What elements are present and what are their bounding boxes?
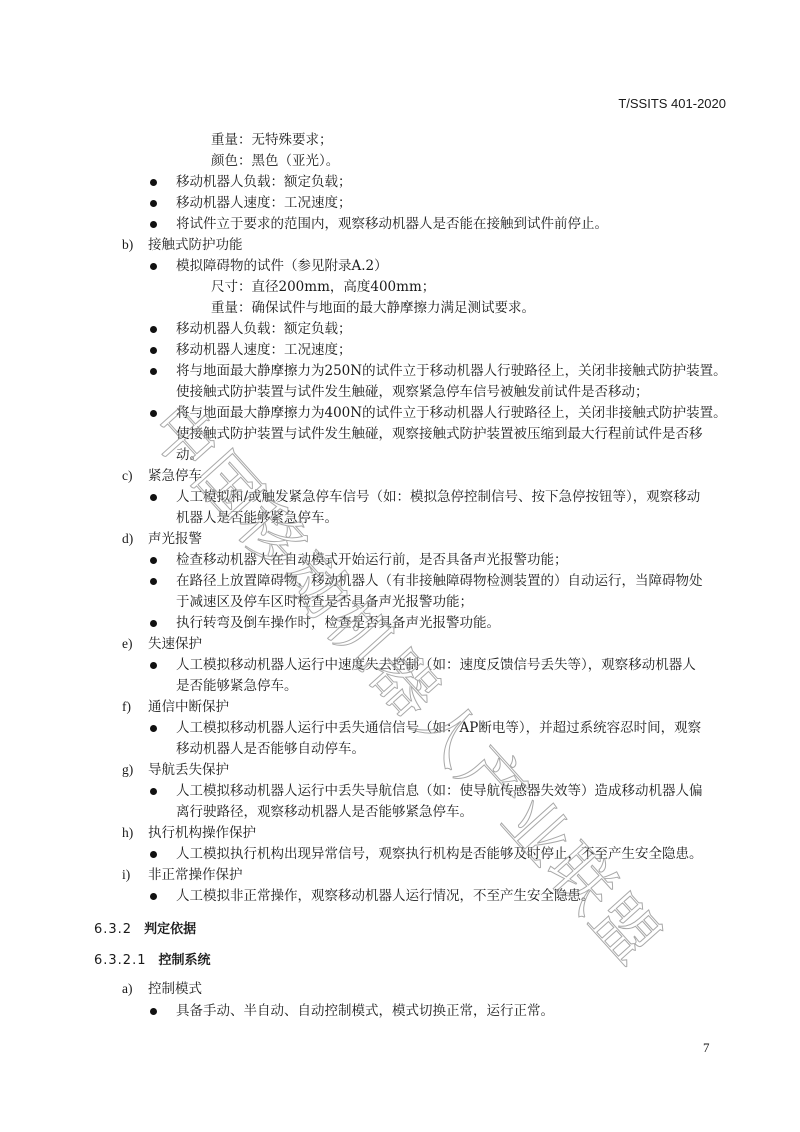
bullet-text: 移动机器人速度：工况速度； (176, 193, 352, 213)
bullet-icon (150, 725, 157, 732)
list-item-a: a)控制模式 (122, 979, 202, 999)
bullet-icon (150, 263, 157, 270)
item-label: f) (122, 697, 148, 717)
bullet-icon (150, 410, 157, 417)
list-item-i: i)非正常操作保护 (122, 865, 243, 885)
item-title: 接触式防护功能 (148, 237, 243, 253)
bullet-text: 人工模拟移动机器人运行中丢失通信信号（如：AP断电等），并超过系统容忍时间，观察 (176, 718, 701, 738)
bullet-text: 具备手动、半自动、自动控制模式，模式切换正常，运行正常。 (176, 1001, 554, 1021)
item-label: h) (122, 823, 148, 843)
bullet-text-cont: 机器人是否能够紧急停车。 (176, 508, 338, 528)
bullet-text: 将与地面最大静摩擦力为400N的试件立于移动机器人行驶路径上，关闭非接触式防护装… (176, 403, 727, 423)
bullet-icon (150, 620, 157, 627)
bullet-text: 执行转弯及倒车操作时，检查是否具备声光报警功能。 (176, 613, 500, 633)
item-title: 失速保护 (148, 636, 202, 652)
bullet-icon (150, 851, 157, 858)
bullet-text-cont: 使接触式防护装置与试件发生触碰，观察紧急停车信号被触发前试件是否移动； (176, 382, 649, 402)
section-number: 6.3.2 (94, 922, 132, 937)
bullet-icon (150, 368, 157, 375)
bullet-text-cont: 离行驶路径，观察移动机器人是否能够紧急停车。 (176, 802, 473, 822)
sub-line: 尺寸：直径200mm，高度400mm； (211, 277, 435, 297)
sub-line: 重量：确保试件与地面的最大静摩擦力满足测试要求。 (211, 298, 535, 318)
bullet-text: 移动机器人负载：额定负载； (176, 172, 352, 192)
bullet-text: 将试件立于要求的范围内，观察移动机器人是否能在接触到试件前停止。 (176, 214, 608, 234)
bullet-text: 人工模拟执行机构出现异常信号，观察执行机构是否能够及时停止，不至产生安全隐患。 (176, 844, 703, 864)
section-number: 6.3.2.1 (94, 953, 146, 968)
bullet-text: 人工模拟和/或触发紧急停车信号（如：模拟急停控制信号、按下急停按钮等），观察移动 (176, 487, 700, 507)
item-title: 导航丢失保护 (148, 762, 229, 778)
item-title: 声光报警 (148, 531, 202, 547)
bullet-text: 将与地面最大静摩擦力为250N的试件立于移动机器人行驶路径上，关闭非接触式防护装… (176, 361, 727, 381)
bullet-text: 检查移动机器人在自动模式开始运行前，是否具备声光报警功能； (176, 550, 568, 570)
bullet-text: 模拟障碍物的试件（参见附录A.2） (176, 256, 388, 276)
item-label: d) (122, 529, 148, 549)
list-item-f: f)通信中断保护 (122, 697, 229, 717)
bullet-icon (150, 662, 157, 669)
bullet-text-cont: 移动机器人是否能够自动停车。 (176, 739, 365, 759)
bullet-text: 在路径上放置障碍物，移动机器人（有非接触障碍物检测装置的）自动运行，当障碍物处 (176, 571, 703, 591)
bullet-icon (150, 578, 157, 585)
bullet-text: 移动机器人速度：工况速度； (176, 340, 352, 360)
bullet-text-cont: 于减速区及停车区时检查是否具备声光报警功能； (176, 592, 473, 612)
item-label: g) (122, 760, 148, 780)
section-title: 控制系统 (158, 953, 210, 968)
bullet-icon (150, 326, 157, 333)
item-title: 非正常操作保护 (148, 867, 243, 883)
bullet-text: 人工模拟移动机器人运行中速度失去控制（如：速度反馈信号丢失等），观察移动机器人 (176, 655, 696, 675)
bullet-icon (150, 494, 157, 501)
section-heading-6-3-2: 6.3.2判定依据 (94, 918, 196, 937)
list-item-c: c)紧急停车 (122, 466, 202, 486)
item-label: i) (122, 865, 148, 885)
bullet-icon (150, 1008, 157, 1015)
document-code: T/SSITS 401-2020 (618, 96, 726, 111)
list-item-h: h)执行机构操作保护 (122, 823, 256, 843)
bullet-icon (150, 200, 157, 207)
bullet-text: 人工模拟非正常操作，观察移动机器人运行情况，不至产生安全隐患。 (176, 886, 595, 906)
list-item-g: g)导航丢失保护 (122, 760, 229, 780)
bullet-text: 人工模拟移动机器人运行中丢失导航信息（如：使导航传感器失效等）造成移动机器人偏 (176, 781, 703, 801)
item-title: 通信中断保护 (148, 699, 229, 715)
list-item-d: d)声光报警 (122, 529, 202, 549)
list-item-b: b)接触式防护功能 (122, 235, 243, 255)
section-heading-6-3-2-1: 6.3.2.1控制系统 (94, 949, 211, 968)
bullet-icon (150, 179, 157, 186)
bullet-text-cont: 是否能够紧急停车。 (176, 676, 298, 696)
item-label: c) (122, 466, 148, 486)
bullet-text-cont: 动。 (176, 445, 203, 465)
bullet-icon (150, 788, 157, 795)
bullet-text-cont: 使接触式防护装置与试件发生触碰，观察接触式防护装置被压缩到最大行程前试件是否移 (176, 424, 703, 444)
sub-line: 重量：无特殊要求； (211, 130, 333, 150)
item-label: b) (122, 235, 148, 255)
page-number: 7 (703, 1040, 710, 1056)
bullet-icon (150, 221, 157, 228)
item-title: 紧急停车 (148, 468, 202, 484)
item-label: a) (122, 979, 148, 999)
sub-line: 颜色：黑色（亚光）。 (211, 151, 339, 171)
bullet-icon (150, 347, 157, 354)
bullet-text: 移动机器人负载：额定负载； (176, 319, 352, 339)
item-title: 执行机构操作保护 (148, 825, 256, 841)
bullet-icon (150, 893, 157, 900)
list-item-e: e)失速保护 (122, 634, 202, 654)
item-title: 控制模式 (148, 981, 202, 997)
document-page: T/SSITS 401-2020 重量：无特殊要求； 颜色：黑色（亚光）。 移动… (0, 0, 800, 1132)
section-title: 判定依据 (144, 922, 196, 937)
item-label: e) (122, 634, 148, 654)
bullet-icon (150, 557, 157, 564)
